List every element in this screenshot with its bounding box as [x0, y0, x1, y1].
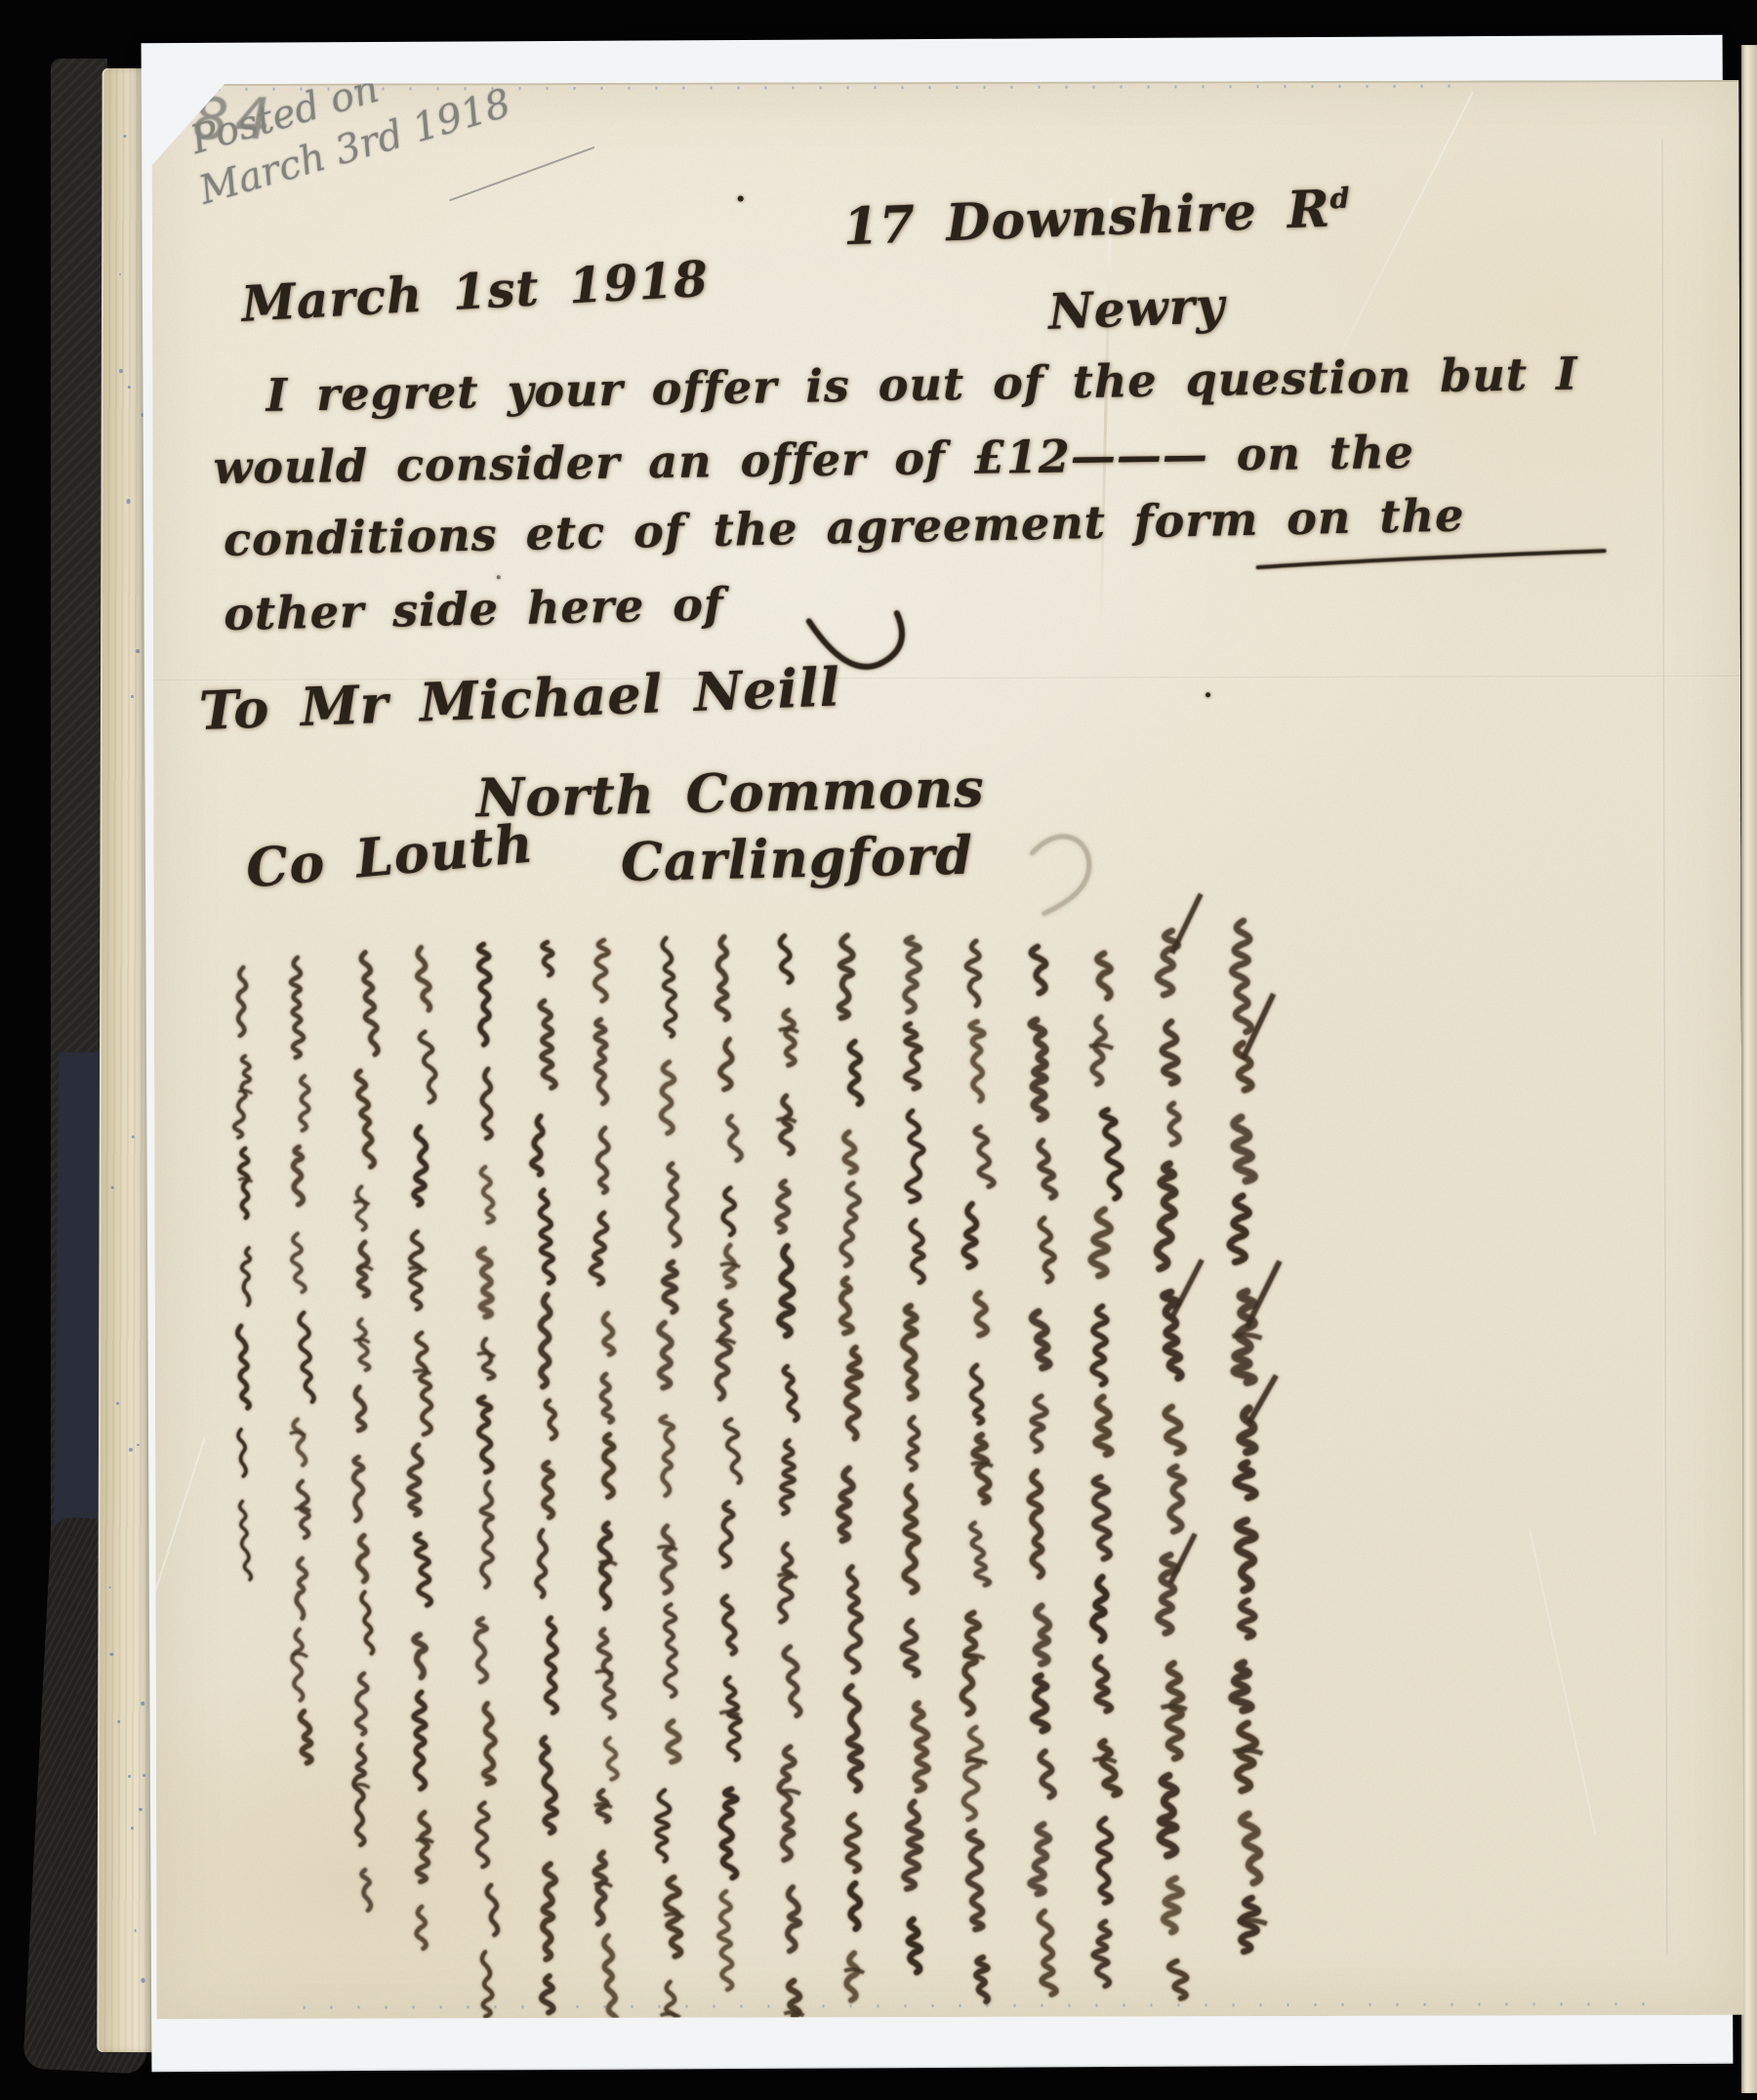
archival-scan: { "document": { "kind": "scanned handwri…: [0, 0, 1757, 2100]
blue-fibre-speck: [128, 386, 131, 389]
right-page-edges: [1741, 45, 1757, 2093]
blue-fibre-speck: [123, 135, 126, 138]
blue-fibre-speck: [132, 1135, 135, 1138]
paper-grain-texture: [151, 80, 1743, 2019]
blue-fibre-speck: [119, 369, 123, 373]
blue-fibre-speck: [116, 1402, 119, 1405]
blue-fibre-speck: [139, 1808, 143, 1812]
blue-fibre-speck: [141, 1702, 144, 1706]
blue-fibre-speck: [109, 1586, 111, 1588]
blue-fibre-speck: [129, 1448, 133, 1452]
blue-fibre-speck: [111, 1186, 113, 1188]
blue-fibre-speck: [110, 1653, 114, 1657]
blue-fibre-speck: [131, 1827, 134, 1830]
blue-fibre-speck: [126, 499, 130, 503]
blue-fibre-speck: [119, 273, 121, 275]
blue-fibre-speck: [131, 695, 134, 698]
blue-fibre-speck: [143, 1774, 145, 1777]
letter-page: 84 Posted on March 3rd 1918 17 Downshire…: [151, 80, 1743, 2019]
blue-fibre-speck: [137, 1444, 140, 1447]
blue-fibre-speck: [136, 650, 139, 653]
blue-fibre-speck: [128, 1775, 131, 1778]
blue-fibre-speck: [118, 1720, 121, 1723]
blue-fibre-speck: [134, 1929, 137, 1932]
blue-fibre-speck: [142, 1978, 145, 1982]
